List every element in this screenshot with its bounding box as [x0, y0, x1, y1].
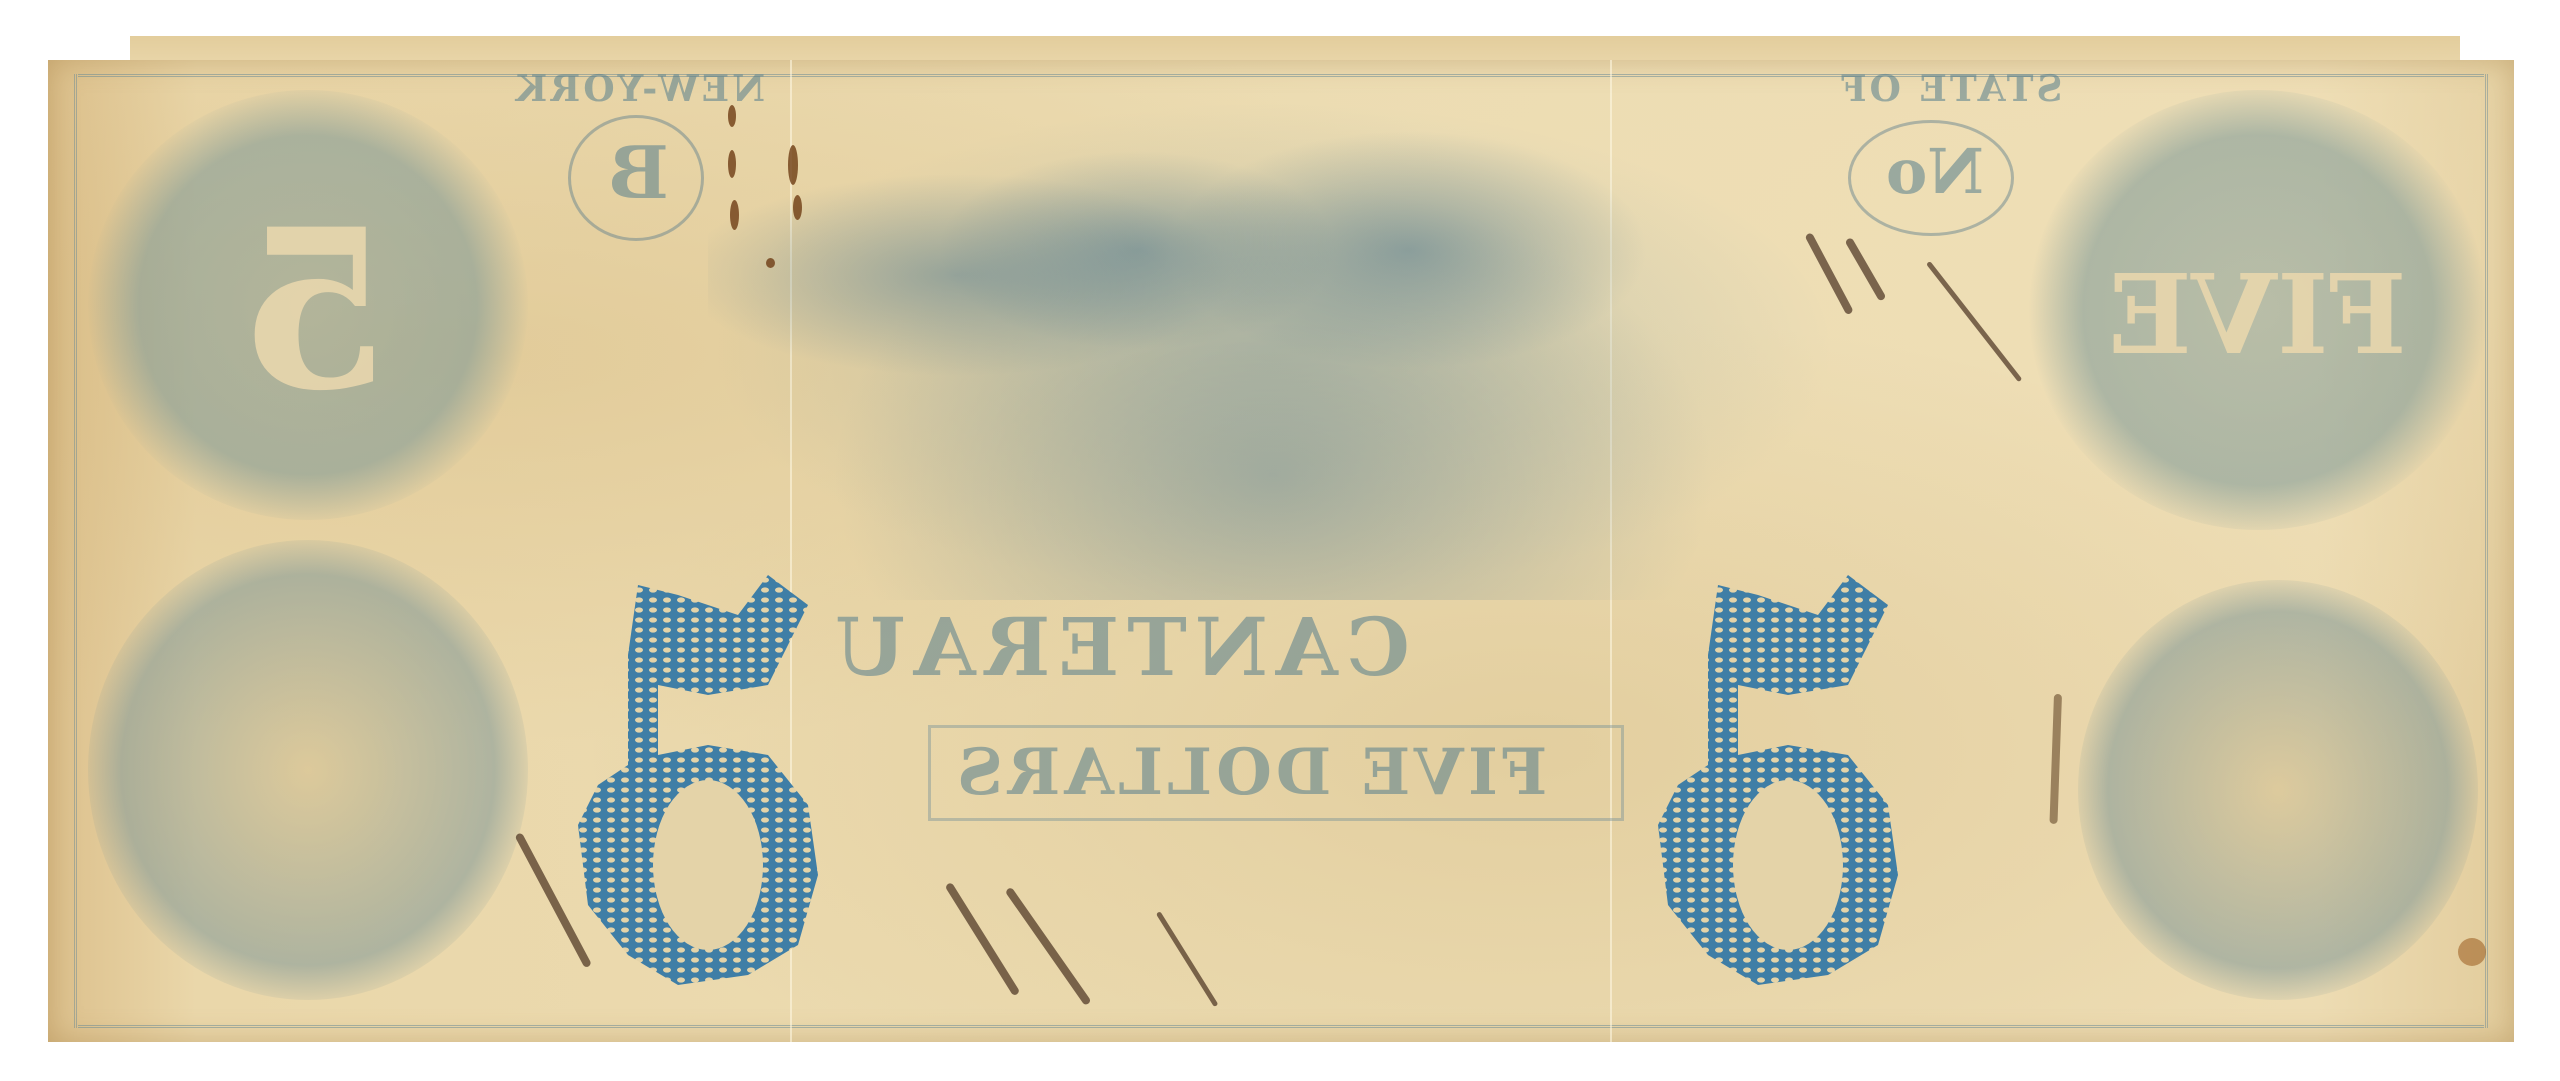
- handwritten-mark: [1926, 261, 2022, 382]
- border-top: [78, 74, 2484, 77]
- left-blue-five: [568, 575, 828, 995]
- rust-stain: [728, 105, 736, 127]
- left-portrait-oval: [88, 540, 528, 1000]
- right-portrait-oval: [2078, 580, 2478, 1000]
- ghost-number-label: No: [1886, 135, 1984, 208]
- banknote-reverse: 5 NEW-YORK B STATE OF No FIVE CANTERAU F…: [48, 60, 2514, 1042]
- central-vignette: [708, 100, 1838, 600]
- ghost-denomination: FIVE DOLLARS: [953, 735, 1547, 810]
- ghost-state-of-label: STATE OF: [1838, 68, 2062, 110]
- rust-stain: [793, 195, 802, 220]
- ghost-plate-letter: B: [608, 130, 669, 215]
- rosette-numeral: 5: [238, 180, 391, 439]
- rust-stain: [788, 145, 798, 185]
- handwritten-mark: [1845, 237, 1887, 302]
- rust-stain: [730, 200, 739, 230]
- border-right: [2485, 74, 2488, 1028]
- rosette-word: FIVE: [2108, 250, 2407, 379]
- signature-stroke: [945, 882, 1021, 996]
- signature-stroke: [1156, 911, 1219, 1007]
- border-bottom: [78, 1025, 2484, 1028]
- border-left: [74, 74, 77, 1028]
- ink-smudge: [2049, 694, 2062, 824]
- right-blue-five: [1648, 575, 1908, 995]
- ghost-bank-title: CANTERAU: [828, 600, 1410, 694]
- rust-stain: [766, 258, 775, 268]
- rust-spot: [2458, 938, 2486, 966]
- rust-stain: [728, 150, 736, 178]
